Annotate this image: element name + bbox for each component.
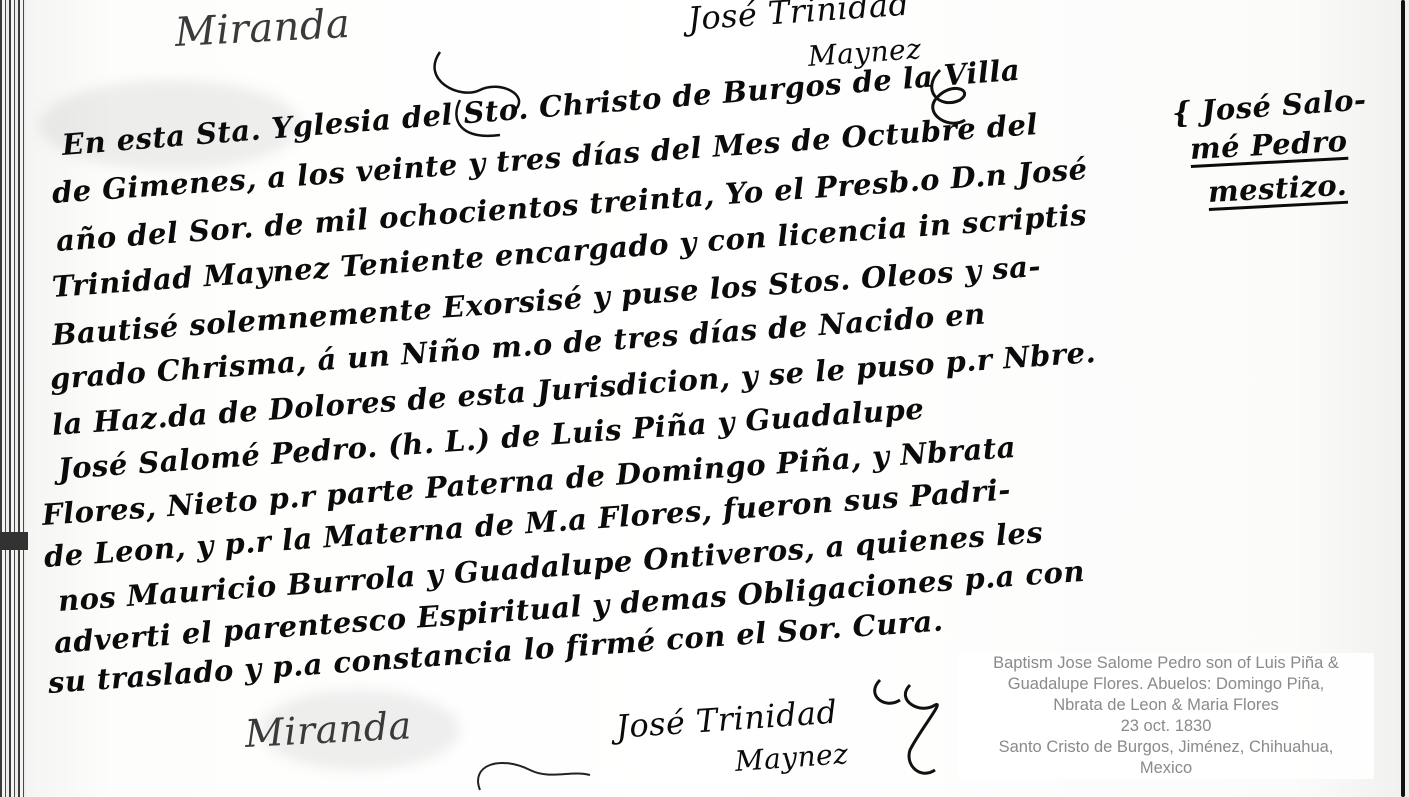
caption-line-4-date: 23 oct. 1830 bbox=[958, 716, 1374, 737]
image-caption: Baptism Jose Salome Pedro son of Luis Pi… bbox=[958, 653, 1374, 779]
caption-line-3: Nbrata de Leon & Maria Flores bbox=[958, 695, 1374, 716]
caption-line-5-place: Santo Cristo de Burgos, Jiménez, Chihuah… bbox=[958, 737, 1374, 758]
caption-line-6-country: Mexico bbox=[958, 758, 1374, 779]
margin-note-line2: mé Pedro bbox=[1189, 124, 1348, 166]
signature-bottom-left: Miranda bbox=[244, 703, 413, 756]
page-edge-right bbox=[1401, 0, 1405, 797]
signature-flourish-bottom bbox=[440, 670, 960, 797]
caption-line-1: Baptism Jose Salome Pedro son of Luis Pi… bbox=[958, 653, 1374, 674]
caption-line-2: Guadalupe Flores. Abuelos: Domingo Piña, bbox=[958, 674, 1374, 695]
margin-note-line3: mestizo. bbox=[1207, 168, 1348, 209]
book-binding-edge bbox=[0, 0, 26, 797]
margin-note-line1: { José Salo- bbox=[1171, 82, 1368, 130]
manuscript-page: Miranda José Trinidad Maynez { José Salo… bbox=[0, 0, 1409, 797]
signature-top-left: Miranda bbox=[174, 1, 352, 56]
signature-top-right-line1: José Trinidad bbox=[687, 0, 911, 38]
